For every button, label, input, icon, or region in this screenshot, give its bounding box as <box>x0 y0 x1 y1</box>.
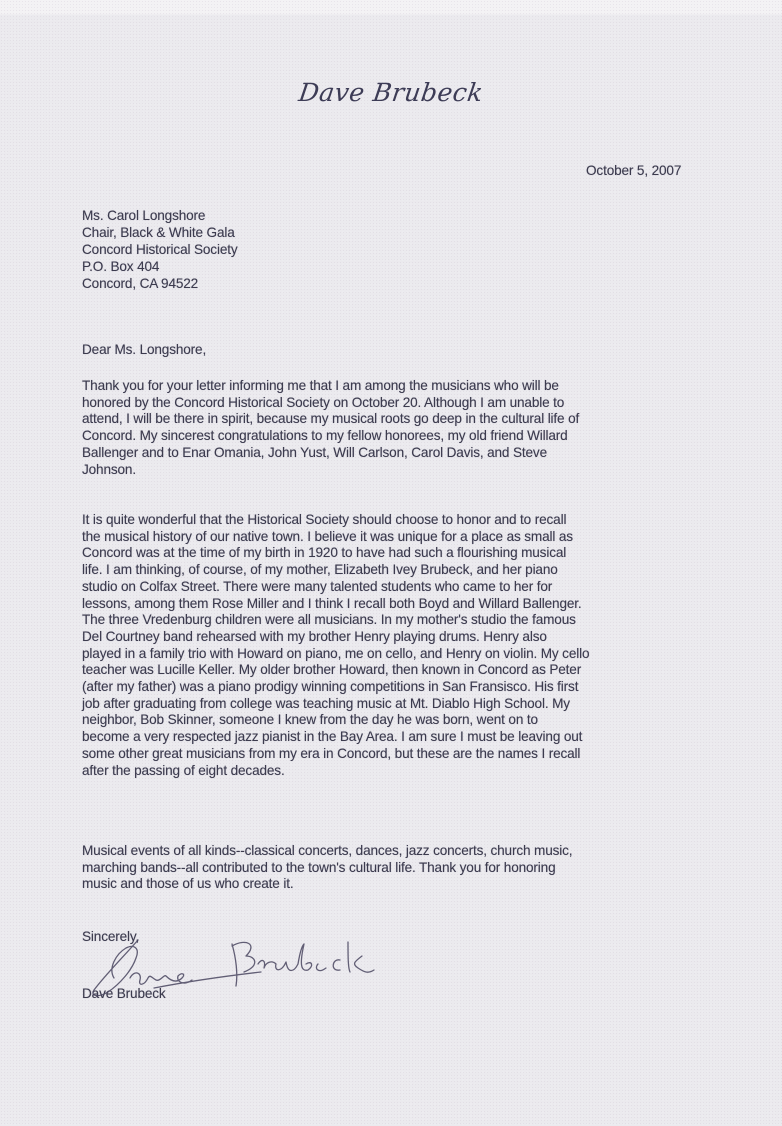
paragraph-line: studio on Colfax Street. There were many… <box>82 579 589 596</box>
paragraph-line: It is quite wonderful that the Historica… <box>82 512 589 529</box>
paragraph-line: attend, I will be there in spirit, becau… <box>82 411 579 428</box>
salutation: Dear Ms. Longshore, <box>82 342 206 359</box>
paragraph-line: Concord. My sincerest congratulations to… <box>82 428 579 445</box>
recipient-name: Ms. Carol Longshore <box>82 207 238 224</box>
paragraph-line: after the passing of eight decades. <box>82 763 589 780</box>
letter-page: Dave Brubeck October 5, 2007 Ms. Carol L… <box>0 0 782 1126</box>
paragraph-3: Musical events of all kinds--classical c… <box>82 843 572 893</box>
paragraph-line: lessons, among them Rose Miller and I th… <box>82 596 589 613</box>
recipient-po-box: P.O. Box 404 <box>82 258 238 275</box>
paragraph-line: Del Courtney band rehearsed with my brot… <box>82 629 589 646</box>
paragraph-line: music and those of us who create it. <box>82 876 572 893</box>
paragraph-line: The three Vredenburg children were all m… <box>82 612 589 629</box>
recipient-title: Chair, Black & White Gala <box>82 224 238 241</box>
paragraph-line: Concord was at the time of my birth in 1… <box>82 545 589 562</box>
paragraph-line: become a very respected jazz pianist in … <box>82 729 589 746</box>
recipient-city: Concord, CA 94522 <box>82 275 238 292</box>
recipient-organization: Concord Historical Society <box>82 241 238 258</box>
paragraph-2: It is quite wonderful that the Historica… <box>82 512 589 779</box>
letterhead: Dave Brubeck <box>0 78 782 107</box>
paragraph-1: Thank you for your letter informing me t… <box>82 378 579 478</box>
letter-date: October 5, 2007 <box>586 163 681 180</box>
paragraph-line: (after my father) was a piano prodigy wi… <box>82 679 589 696</box>
handwritten-signature <box>86 934 396 1004</box>
paragraph-line: Ballenger and to Enar Omania, John Yust,… <box>82 445 579 462</box>
paragraph-line: some other great musicians from my era i… <box>82 746 589 763</box>
paragraph-line: marching bands--all contributed to the t… <box>82 860 572 877</box>
paragraph-line: job after graduating from college was te… <box>82 696 589 713</box>
paragraph-line: life. I am thinking, of course, of my mo… <box>82 562 589 579</box>
paragraph-line: teacher was Lucille Keller. My older bro… <box>82 662 589 679</box>
recipient-address: Ms. Carol Longshore Chair, Black & White… <box>82 207 238 292</box>
paragraph-line: Johnson. <box>82 462 579 479</box>
paragraph-line: Musical events of all kinds--classical c… <box>82 843 572 860</box>
paragraph-line: neighbor, Bob Skinner, someone I knew fr… <box>82 712 589 729</box>
paragraph-line: played in a family trio with Howard on p… <box>82 646 589 663</box>
paragraph-line: Thank you for your letter informing me t… <box>82 378 579 395</box>
paragraph-line: the musical history of our native town. … <box>82 529 589 546</box>
paragraph-line: honored by the Concord Historical Societ… <box>82 395 579 412</box>
